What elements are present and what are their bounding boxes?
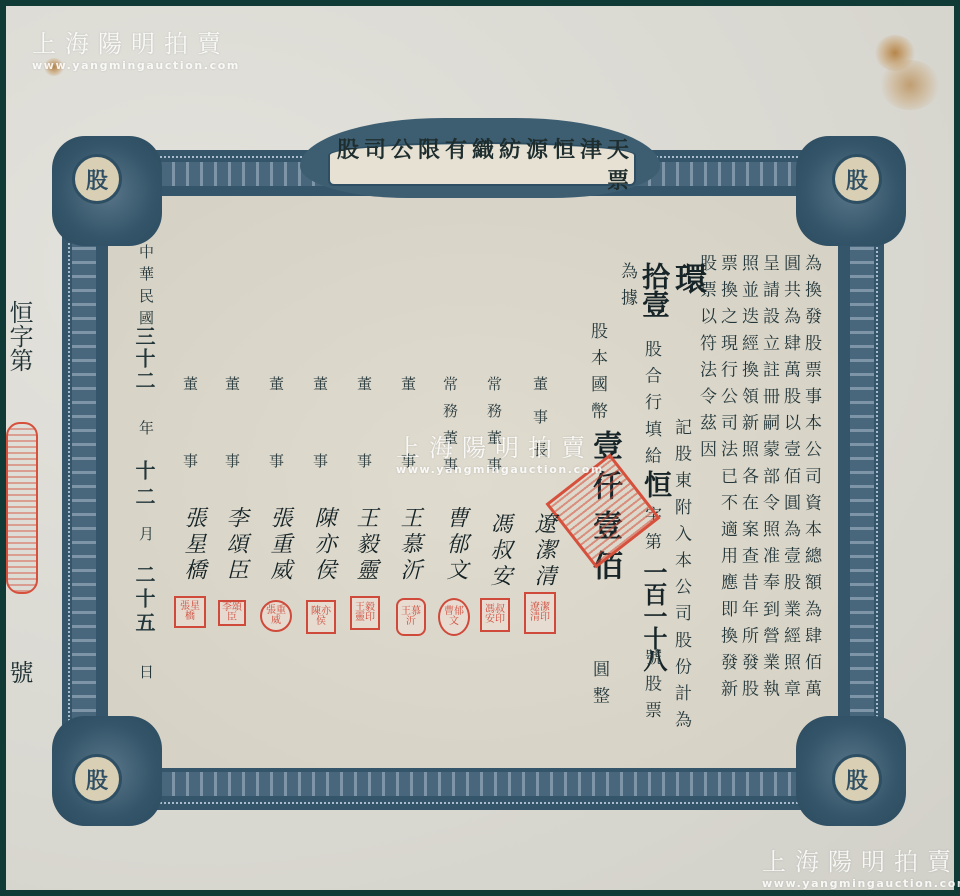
director-name: 李頌臣 xyxy=(220,506,251,584)
date-era: 中華民國 xyxy=(138,244,153,332)
for-proof: 為據 xyxy=(618,262,635,315)
stub-serial-bottom: 號 xyxy=(2,660,37,684)
date-year-unit: 年 xyxy=(138,420,153,445)
border-left-pattern xyxy=(72,200,96,760)
date-day: 二十五 xyxy=(134,564,154,636)
shares-text: 股合行填給 xyxy=(642,340,659,473)
director-seal: 張星橋 xyxy=(174,596,206,628)
date-year: 三十二 xyxy=(134,326,154,392)
company-title: 天津恒源紡織有限公司股票 xyxy=(330,133,634,195)
watermark-url: www.yangmingauction.com xyxy=(762,877,960,890)
stub-seal xyxy=(6,422,38,594)
corner-medallion-icon: 股 xyxy=(72,154,122,204)
director-seal: 王毅靈印 xyxy=(350,596,380,630)
capital-label: 股本國幣 xyxy=(588,322,605,428)
watermark-bottom-right: 上海陽明拍賣 www.yangmingauction.com xyxy=(762,842,960,890)
body-column-2: 圓共為肆萬股以壹佰圓為壹股業經照章 xyxy=(781,254,798,706)
director-seal: 馮叔安印 xyxy=(480,598,510,632)
corner-medallion-icon: 股 xyxy=(832,754,882,804)
director-name: 王毅靈 xyxy=(350,506,381,584)
border-bottom-pattern xyxy=(110,772,830,796)
director-name: 陳亦侯 xyxy=(308,506,339,584)
director-name: 馮叔安 xyxy=(484,512,515,590)
watermark-url: www.yangmingauction.com xyxy=(396,463,604,476)
stub-serial-top: 恒字第 xyxy=(2,300,37,372)
body-column-3: 呈請設立註冊嗣蒙部令照准奉到營業執 xyxy=(760,254,777,706)
border-right-pattern xyxy=(850,200,874,760)
director-name: 張星橋 xyxy=(178,506,209,584)
director-seal: 王慕沂 xyxy=(396,598,426,636)
shares-count: 拾壹 xyxy=(634,262,674,318)
stain-spot xyxy=(880,60,940,110)
director-name: 曹郁文 xyxy=(440,506,471,584)
amount-suffix: 圓整 xyxy=(590,660,607,713)
director-seal: 陳亦侯 xyxy=(306,600,336,634)
register-column: 記股東附入本公司股份計為 xyxy=(672,418,689,737)
corner-medallion-icon: 股 xyxy=(832,154,882,204)
director-name: 張重威 xyxy=(264,506,295,584)
director-seal: 遼潔清印 xyxy=(524,592,556,634)
director-name: 遼潔清 xyxy=(528,512,559,590)
director-seal: 張重威 xyxy=(260,600,292,632)
body-column-4: 照並迭經換領新照各在案查昔年所發股 xyxy=(739,254,756,706)
corner-medallion-icon: 股 xyxy=(72,754,122,804)
date-month: 十二 xyxy=(134,460,154,512)
watermark-top-left: 上海陽明拍賣 www.yangmingauction.com xyxy=(32,24,240,72)
director-seal: 曹郁文 xyxy=(438,598,470,636)
watermark-cn: 上海陽明拍賣 xyxy=(762,842,960,877)
body-column-5: 票換之現行公司法已不適用應即換發新 xyxy=(718,254,735,706)
director-seal: 李頌臣 xyxy=(218,600,246,626)
body-column-1: 為換發股票事本公司資本總額為肆佰萬 xyxy=(802,254,819,706)
director-name: 王慕沂 xyxy=(394,506,425,584)
title-banner: 天津恒源紡織有限公司股票 xyxy=(300,118,660,198)
watermark-center: 上海陽明拍賣 www.yangmingauction.com xyxy=(396,428,604,476)
date-day-unit: 日 xyxy=(138,664,153,689)
title-scroll: 天津恒源紡織有限公司股票 xyxy=(328,142,636,186)
watermark-url: www.yangmingauction.com xyxy=(32,59,240,72)
serial-suffix: 號股票 xyxy=(642,648,659,728)
watermark-cn: 上海陽明拍賣 xyxy=(396,428,604,463)
date-month-unit: 月 xyxy=(138,526,153,551)
watermark-cn: 上海陽明拍賣 xyxy=(32,24,240,59)
